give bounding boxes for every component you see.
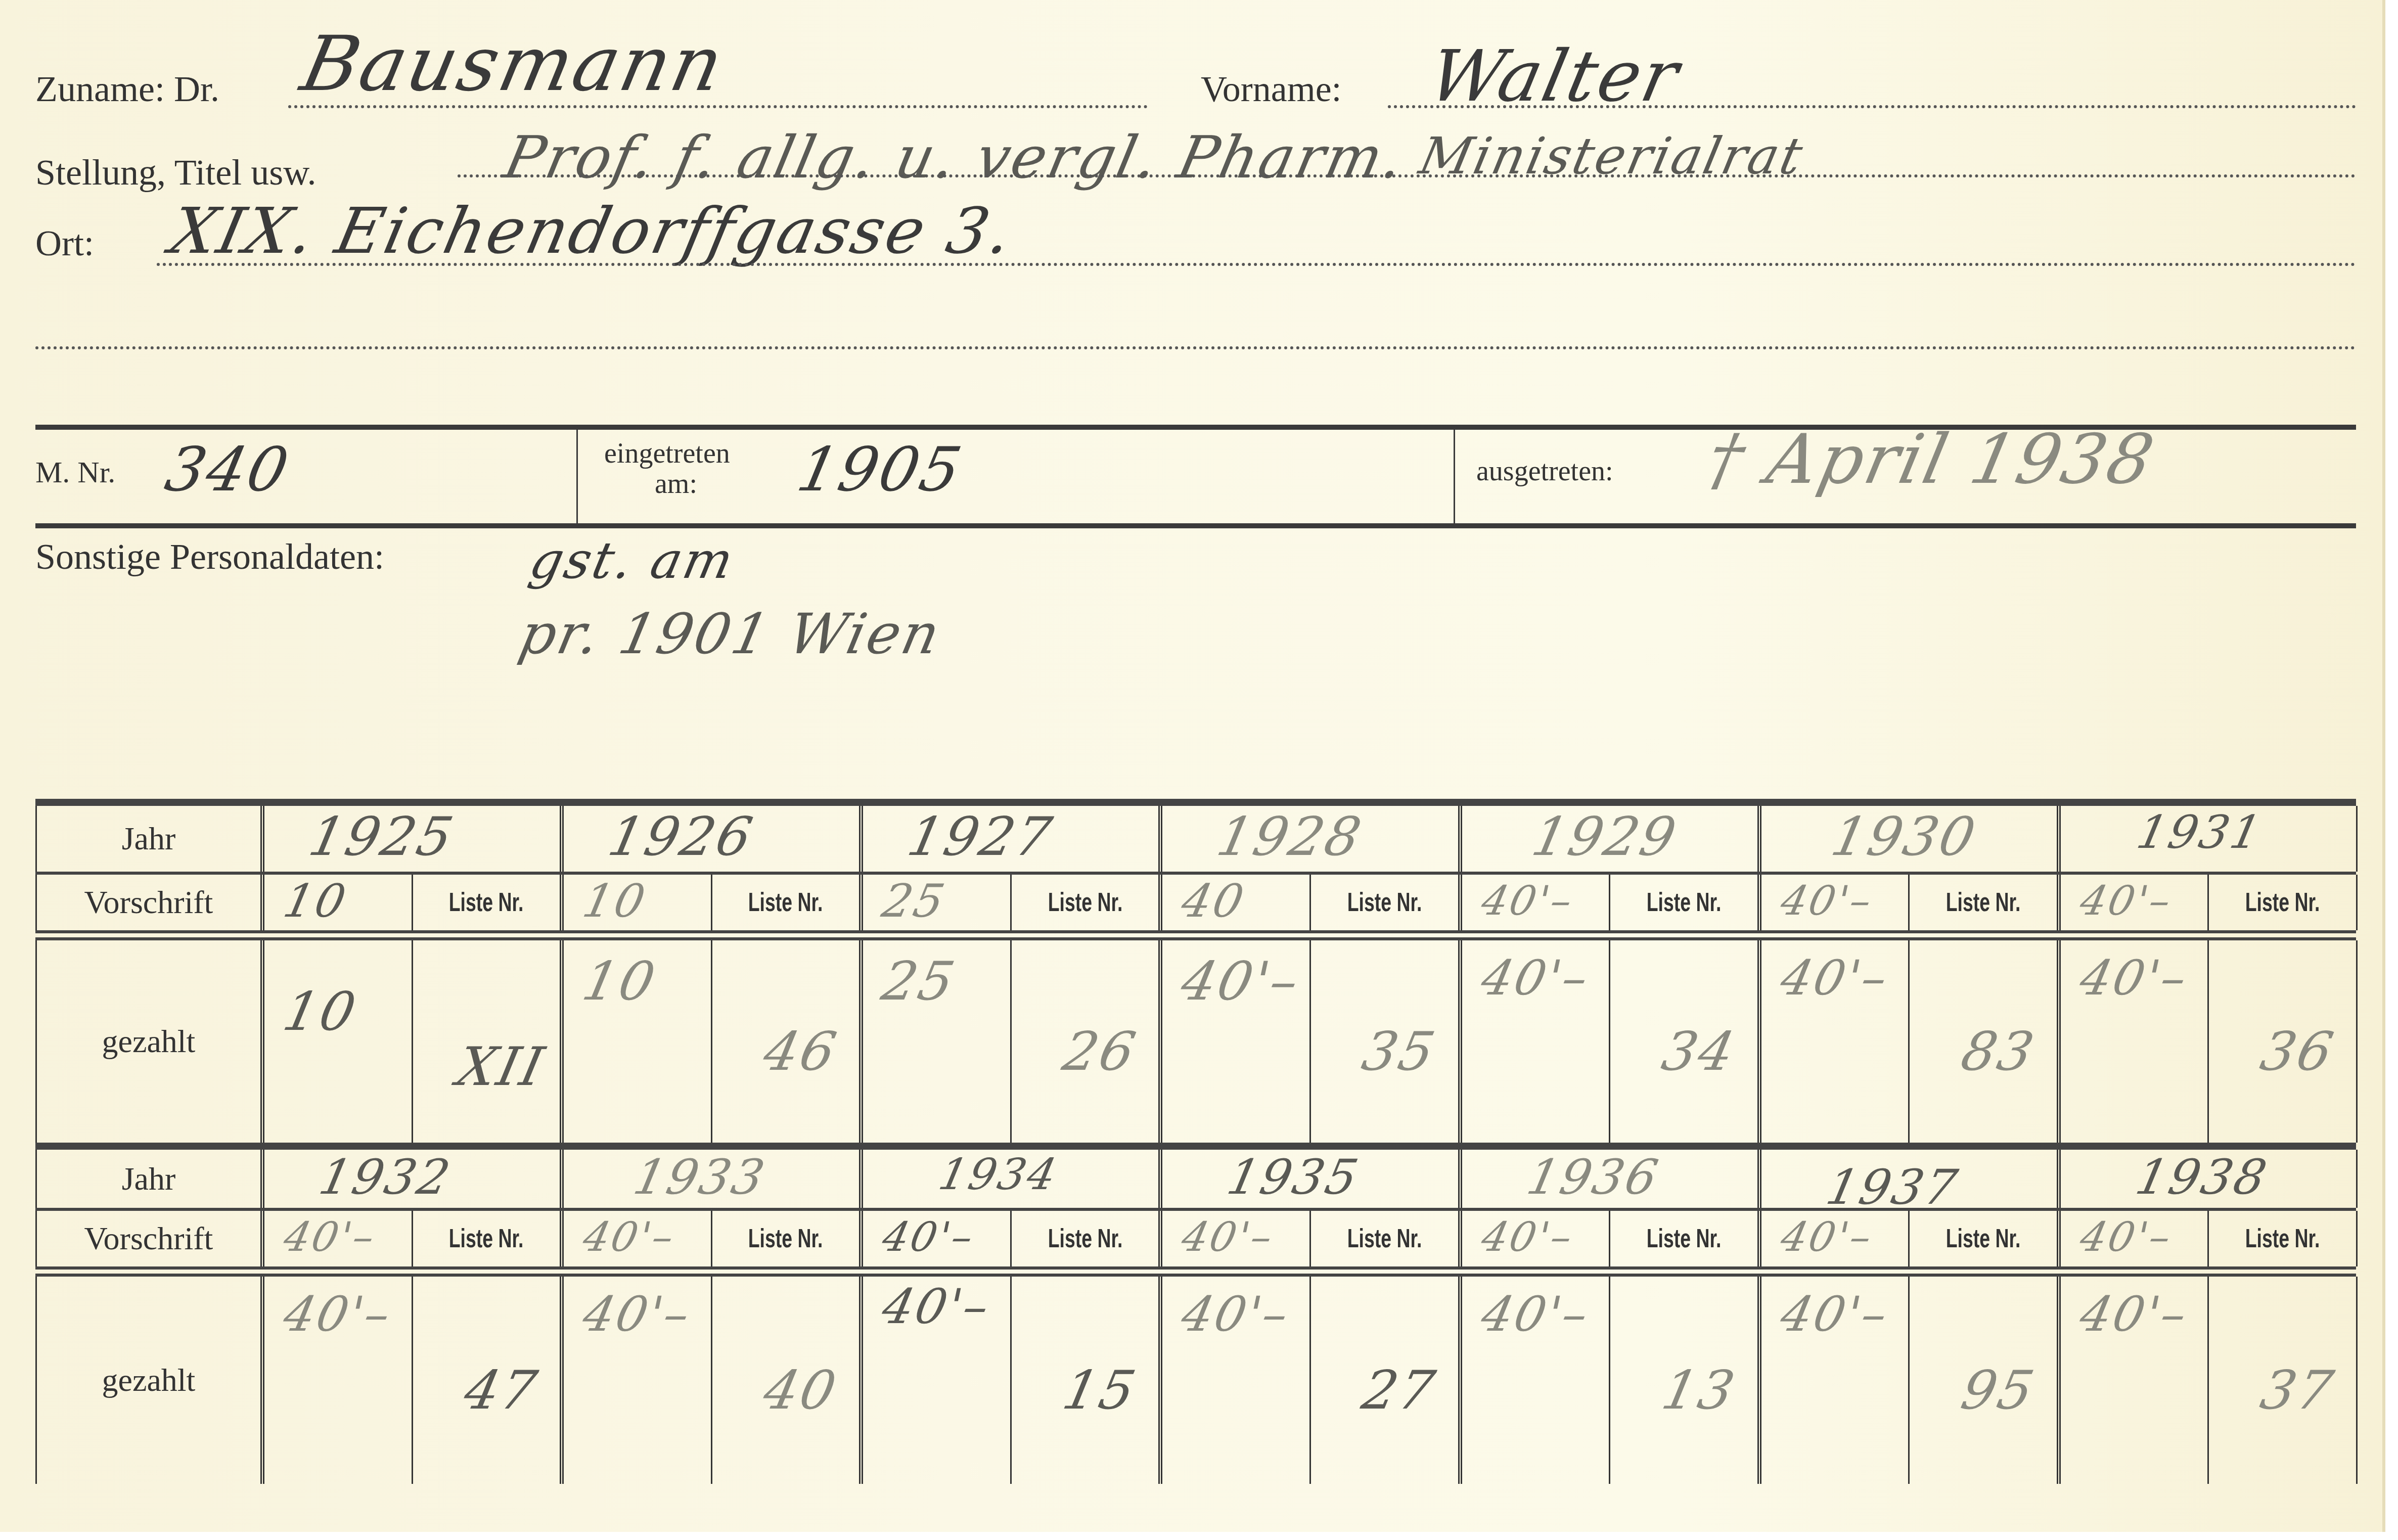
ausgetreten-label: ausgetreten: [1476, 455, 1613, 487]
band-divider-2 [1454, 430, 1455, 523]
table-top-rule [35, 799, 2356, 806]
band-bottom-rule [35, 523, 2356, 528]
liste-nr-label: Liste Nr. [449, 1224, 524, 1254]
stellung-dotted-line [458, 174, 2356, 177]
eingetreten-label: eingetreten [604, 437, 730, 470]
mnr-value: 340 [159, 435, 296, 505]
vorschrift-label: Vorschrift [37, 1211, 264, 1266]
year-cell: 1926 [564, 806, 863, 872]
eingetreten-value: 1905 [791, 435, 969, 505]
mnr-label: M. Nr. [35, 455, 115, 490]
liste-nr-label: Liste Nr. [748, 887, 823, 918]
liste-nr-label: Liste Nr. [1048, 1224, 1122, 1254]
jahr-label: Jahr [37, 1150, 264, 1208]
sonstige-value-2: pr. 1901 Wien [514, 602, 947, 666]
membership-record-card: Zuname: Dr. Bausmann Vorname: Walter Ste… [0, 0, 2385, 1532]
ort-dotted-line [157, 263, 2356, 266]
band-divider-1 [576, 430, 578, 523]
top-year-row: Jahr 1925 1926 1927 1928 1929 1930 1931 [35, 806, 2358, 872]
zuname-value: Bausmann [294, 20, 733, 108]
ort-label: Ort: [35, 222, 94, 264]
jahr-label: Jahr [37, 806, 264, 872]
payment-table: Jahr 1925 1926 1927 1928 1929 1930 1931 … [35, 799, 2356, 1484]
liste-nr-label: Liste Nr. [1946, 887, 2021, 918]
liste-nr-label: Liste Nr. [1048, 887, 1122, 918]
liste-nr-label: Liste Nr. [1347, 887, 1422, 918]
year-cell: 1927 [863, 806, 1162, 872]
liste-nr-label: Liste Nr. [748, 1224, 823, 1254]
ort-value: XIX. Eichendorffgasse 3. [164, 195, 1020, 268]
year-cell: 1929 [1462, 806, 1761, 872]
year-cell: 1931 [2061, 806, 2358, 872]
liste-nr-label: Liste Nr. [1647, 1224, 1722, 1254]
bottom-gezahlt-row: gezahlt 40'–47 40'–40 40'–15 40'–27 40'–… [35, 1277, 2358, 1484]
top-gezahlt-row: gezahlt 10XII 1046 2526 40'–35 40'–34 40… [35, 940, 2358, 1143]
year-cell: 1925 [264, 806, 564, 872]
liste-nr-label: Liste Nr. [1347, 1224, 1422, 1254]
liste-nr-label: Liste Nr. [1647, 887, 1722, 918]
vorname-dotted-line [1388, 105, 2356, 108]
blank-dotted-line [35, 346, 2356, 349]
liste-nr-label: Liste Nr. [2245, 887, 2320, 918]
sonstige-label: Sonstige Personaldaten: [35, 536, 384, 578]
gezahlt-label: gezahlt [37, 940, 264, 1143]
gezahlt-label: gezahlt [37, 1277, 264, 1484]
liste-nr-label: Liste Nr. [1946, 1224, 2021, 1254]
zuname-label: Zuname: Dr. [35, 68, 219, 110]
stellung-label: Stellung, Titel usw. [35, 152, 316, 194]
zuname-dotted-line [288, 105, 1148, 108]
top-vorschrift-row: Vorschrift 10Liste Nr. 10Liste Nr. 25Lis… [35, 875, 2358, 930]
year-cell: 1930 [1761, 806, 2061, 872]
eingetreten-am-label: am: [655, 468, 697, 500]
ausgetreten-value: † April 1938 [1700, 420, 2162, 499]
bottom-vorschrift-row: Vorschrift 40'–Liste Nr. 40'–Liste Nr. 4… [35, 1211, 2358, 1266]
table-middle-rule [35, 1143, 2356, 1150]
liste-nr-label: Liste Nr. [449, 887, 524, 918]
sonstige-value-1: gst. am [525, 531, 740, 590]
stellung-value: Prof. f. allg. u. vergl. Pharm. [499, 124, 1411, 192]
bottom-year-row: Jahr 1932 1933 1934 1935 1936 1937 1938 [35, 1150, 2358, 1208]
liste-nr-label: Liste Nr. [2245, 1224, 2320, 1254]
vorname-label: Vorname: [1201, 68, 1342, 110]
vorschrift-label: Vorschrift [37, 875, 264, 930]
year-cell: 1928 [1162, 806, 1462, 872]
